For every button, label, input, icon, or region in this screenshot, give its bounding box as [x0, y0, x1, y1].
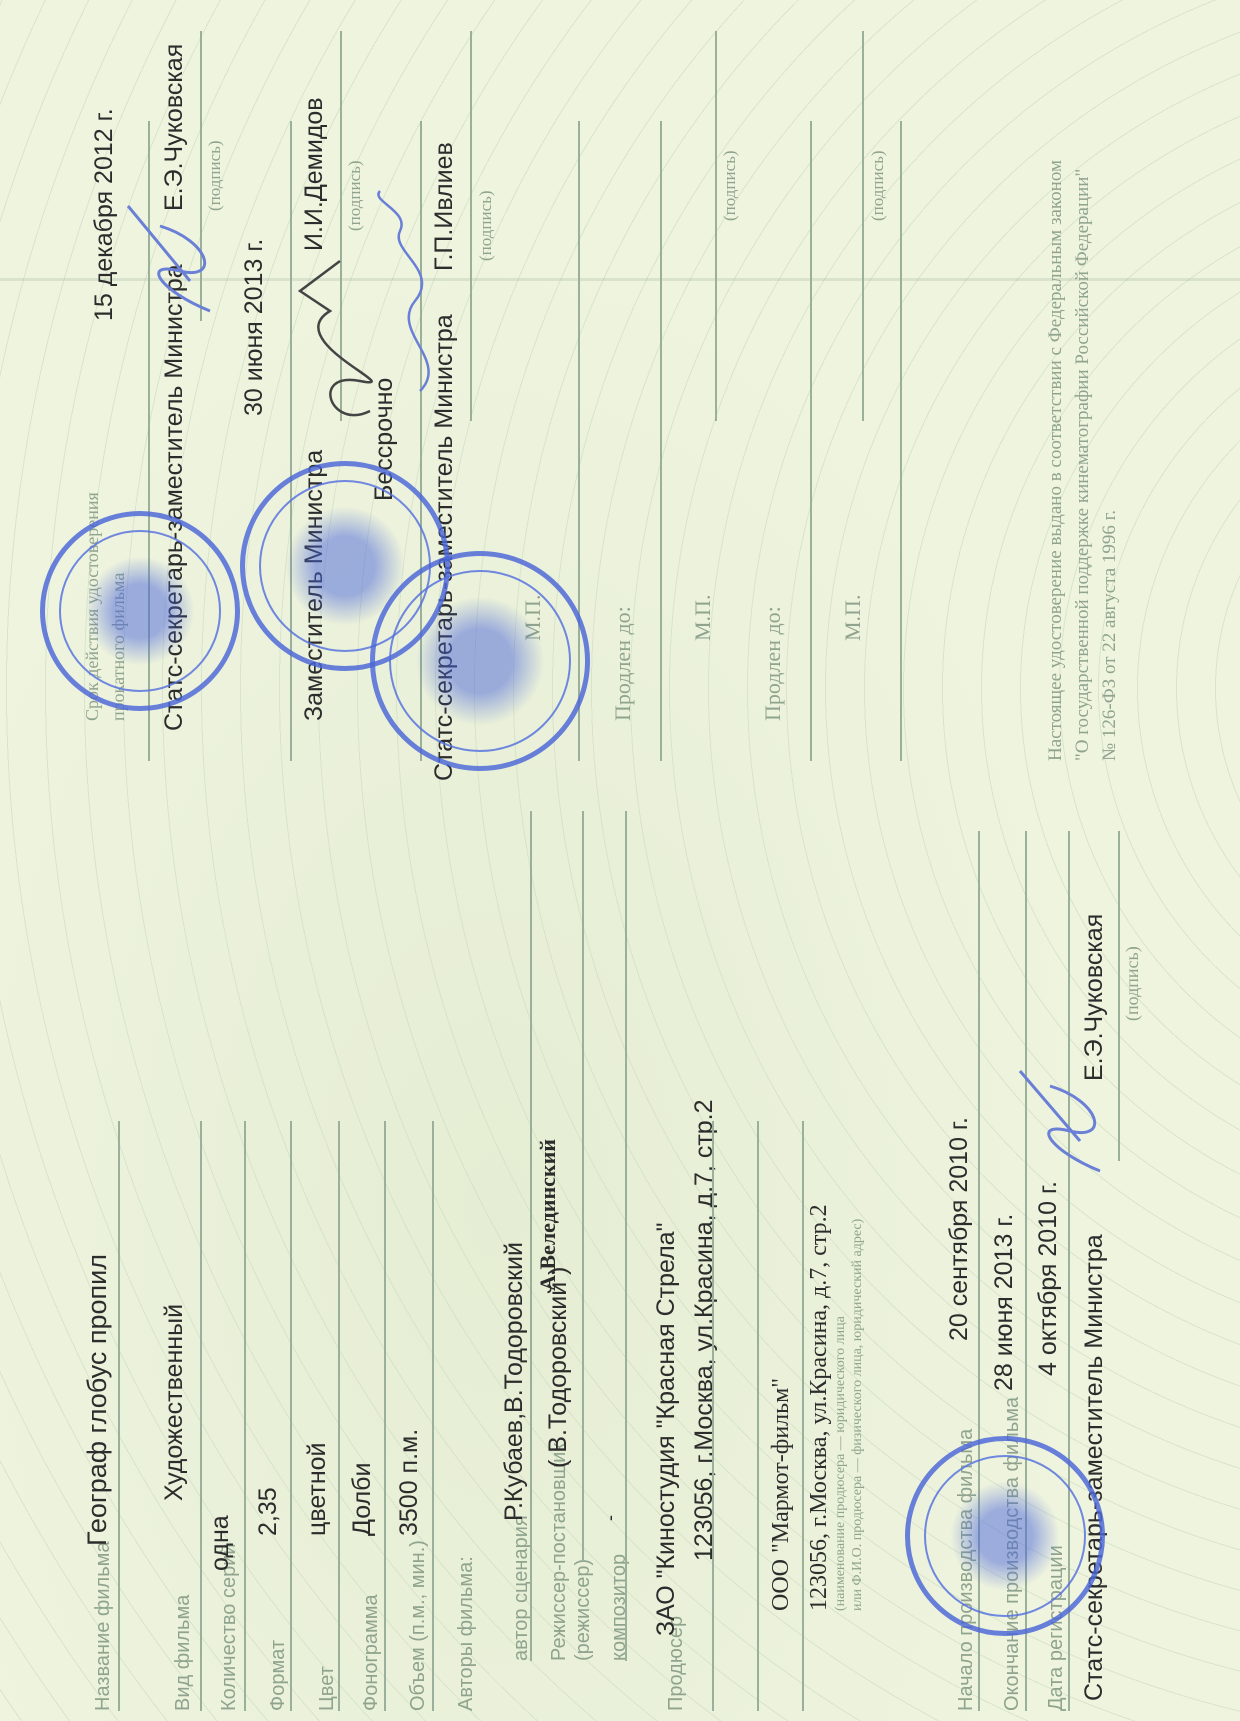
entry-2-date: 30 июня 2013 г. — [240, 239, 269, 416]
divider — [290, 1121, 292, 1711]
authors-label: Авторы фильма: — [455, 1556, 478, 1711]
composer-value: А.Велединский — [535, 1139, 561, 1291]
field-label-sound: Фонограмма — [360, 1594, 383, 1711]
divider — [582, 811, 584, 1561]
divider — [244, 1121, 246, 1711]
film-type: Художественный — [160, 1304, 189, 1501]
footer-line-1: Настоящее удостоверение выдано в соответ… — [1045, 160, 1067, 761]
field-label-type: Вид фильма — [172, 1595, 195, 1711]
signature-line — [862, 31, 864, 421]
start-value: 20 сентября 2010 г. — [945, 1117, 974, 1341]
signature-line — [470, 31, 472, 421]
divider — [810, 121, 812, 761]
extension-1-caption: (подпись) — [720, 150, 740, 221]
format-value: 2,35 — [254, 1487, 283, 1536]
signature-icon — [1010, 1061, 1120, 1181]
director-sub-label: (режиссер) — [572, 1559, 595, 1661]
divider — [900, 121, 902, 761]
director-value: ( В.Тодоровский ) — [544, 1266, 573, 1468]
coproducer-name: ООО "Мармот-фильм" — [768, 1378, 795, 1611]
field-label-format: Формат — [267, 1640, 290, 1711]
color-value: цветной — [303, 1442, 332, 1536]
coproducer-note-1: (наименование продюсера — юридического л… — [833, 1316, 849, 1611]
divider — [802, 1121, 804, 1711]
sound-value: Долби — [348, 1463, 377, 1536]
extension-2-label: Продлен до: — [760, 606, 786, 721]
producer-address: 123056, г.Москва, ул.Красина, д.7, стр.2 — [690, 1099, 719, 1561]
extension-2-caption: (подпись) — [868, 150, 888, 221]
footer-line-2: "О государственной поддержке кинематогра… — [1072, 169, 1094, 761]
film-title: Географ глобус пропил — [82, 1254, 113, 1546]
certificate-sheet: Название фильма Географ глобус пропил Ви… — [0, 0, 1240, 1721]
entry-1-date: 15 декабря 2012 г. — [90, 108, 119, 321]
script-author-value: Р.Кубаев,В.Тодоровский — [500, 1242, 529, 1521]
extension-1-stamp-place: М.П. — [690, 595, 716, 641]
signature-caption: (подпись) — [1122, 946, 1143, 1021]
divider — [118, 1121, 120, 1711]
producer-name: ЗАО "Киностудия "Красная Стрела" — [652, 1223, 681, 1636]
director-label: Режиссер-постановщик — [548, 1443, 571, 1661]
divider — [432, 1121, 434, 1711]
divider — [712, 1121, 714, 1711]
length-value: 3500 п.м. — [395, 1429, 424, 1536]
extension-1-label: Продлен до: — [610, 606, 636, 721]
signer-title: Статс-секретарь-заместитель Министра — [1080, 1234, 1109, 1701]
divider — [290, 121, 292, 761]
entry-1-name: Е.Э.Чуковская — [160, 44, 189, 211]
signature-line — [715, 31, 717, 421]
signature-icon — [120, 201, 230, 321]
composer-dash: - — [600, 1515, 621, 1521]
divider — [660, 121, 662, 761]
footer-line-3: № 126-ФЗ от 22 августа 1996 г. — [1099, 510, 1121, 761]
official-stamp — [905, 1436, 1105, 1636]
divider — [530, 811, 532, 1661]
coproducer-address: 123056, г.Москва, ул.Красина, д.7, стр.2 — [806, 1204, 833, 1611]
divider — [338, 1121, 340, 1711]
field-label-length: Объем (п.м., мин.) — [407, 1540, 430, 1711]
entry-2-name: И.И.Демидов — [300, 97, 329, 251]
official-stamp — [370, 551, 590, 771]
field-label-color: Цвет — [316, 1666, 339, 1711]
extension-2-stamp-place: М.П. — [840, 595, 866, 641]
composer-label: композитор — [608, 1554, 631, 1661]
divider — [757, 1121, 759, 1711]
signature-icon — [360, 181, 450, 401]
divider — [625, 811, 627, 1661]
reg-value: 4 октября 2010 г. — [1034, 1181, 1063, 1376]
official-stamp — [40, 511, 240, 711]
coproducer-note-2: или Ф.И.О. продюсера — физического лица,… — [850, 1219, 866, 1611]
field-label-title: Название фильма — [92, 1541, 115, 1711]
end-value: 28 июня 2013 г. — [990, 1214, 1019, 1391]
entry-3-caption: (подпись) — [476, 190, 496, 261]
divider — [200, 1121, 202, 1711]
divider — [384, 1121, 386, 1711]
signer-name: Е.Э.Чуковская — [1080, 914, 1109, 1081]
series-count: одна — [206, 1515, 235, 1571]
